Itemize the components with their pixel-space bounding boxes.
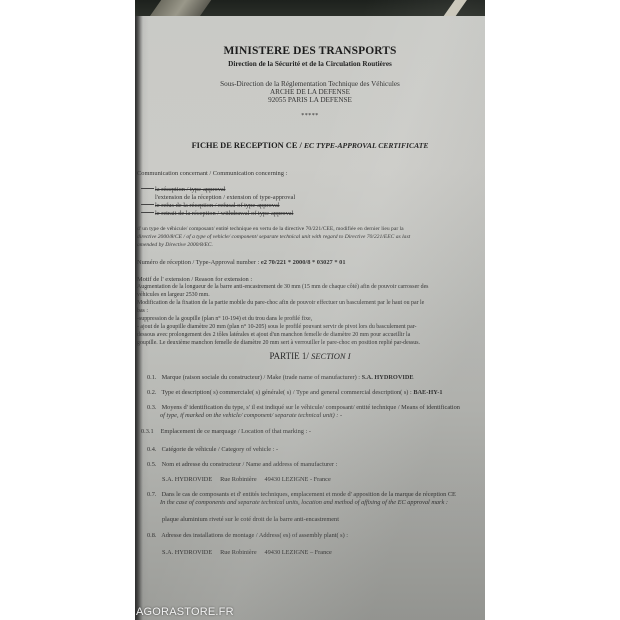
option-refusal: le refus de la réception / refusal of ty… — [141, 202, 280, 210]
item-0-5: 0.5. Nom et adresse du constructeur / Na… — [147, 461, 337, 469]
communication-label: Communication concernant / Communication… — [137, 170, 287, 178]
directive-text-1: d' un type de véhicule/ composant/ entit… — [137, 226, 404, 234]
section-title-en: SECTION I — [311, 351, 350, 361]
make-value: S.A. HYDROVIDE — [362, 374, 414, 381]
option-withdrawal: le retrait de la réception / withdrawal … — [141, 210, 293, 218]
certificate-title-fr: FICHE DE RECEPTION CE / — [192, 141, 304, 150]
extension-reason-8: goupille. Le deuxième manchon femelle de… — [137, 340, 420, 348]
option-type-approval: la réception / type-approval — [141, 186, 225, 194]
direction-subtitle: Direction de la Sécurité et de la Circul… — [135, 61, 485, 69]
extension-reason-7: dessous avec prolongement des 2 tôles la… — [137, 332, 410, 340]
approval-number: e2 70/221 * 2000/8 * 03027 * 01 — [261, 259, 346, 266]
extension-reason-6: - ajout de la goupille diamètre 20 mm (p… — [137, 324, 417, 332]
marking-location-value: plaque aluminium riveté sur le coté droi… — [162, 516, 339, 524]
certificate-title: FICHE DE RECEPTION CE / EC TYPE-APPROVAL… — [135, 142, 485, 150]
directive-text-3: amended by Directive 2000/8/EC. — [137, 242, 213, 250]
item-0-3-cont: of type, if marked on the vehicle/ compo… — [160, 412, 342, 420]
extension-reason-label: Motif de l' extension / Reason for exten… — [137, 276, 252, 284]
item-0-7-cont: In the case of components and separate t… — [160, 499, 448, 507]
item-0-3: 0.3. Moyens d' identification du type, s… — [147, 404, 460, 412]
approval-number-row: Numéro de réception / Type-Approval numb… — [137, 259, 346, 267]
extension-reason-1: Augmentation de la longueur de la barre … — [137, 284, 428, 292]
option-extension: l'extension de la réception / extension … — [141, 194, 295, 202]
document-photo: MINISTERE DES TRANSPORTS Direction de la… — [135, 0, 485, 620]
extension-reason-4: bas : — [137, 308, 148, 316]
assembly-plant-address: S.A. HYDROVIDE Rue Robinière 49430 LEZIG… — [162, 549, 332, 557]
item-0-4: 0.4. Catégorie de véhicule / Category of… — [147, 446, 278, 454]
certificate-title-en: EC TYPE-APPROVAL CERTIFICATE — [304, 141, 428, 150]
section-title: PARTIE 1/ SECTION I — [135, 353, 485, 361]
item-0-1: 0.1. Marque (raison sociale du construct… — [147, 374, 414, 382]
extension-reason-2: véhicules en largeur 2530 mm. — [137, 292, 210, 300]
extension-reason-3: Modification de la fixation de la partie… — [137, 300, 424, 308]
item-0-7: 0.7. Dans le cas de composants et d' ent… — [147, 491, 456, 499]
type-value: BAE-HY-1 — [413, 389, 442, 396]
section-title-fr: PARTIE 1/ — [269, 351, 311, 361]
approval-number-label: Numéro de réception / Type-Approval numb… — [137, 259, 259, 266]
watermark: AGORASTORE.FR — [136, 606, 234, 618]
item-0-8: 0.8. Adresse des installations de montag… — [147, 532, 348, 540]
directive-text-2: directive 2000/8/CE / of a type of vehic… — [137, 234, 410, 242]
extension-reason-5: -suppression de la goupille (plan n° 10-… — [137, 316, 312, 324]
separator: ***** — [135, 113, 485, 121]
item-0-2: 0.2. Type et description( s) commerciale… — [147, 389, 442, 397]
ministry-title: MINISTERE DES TRANSPORTS — [135, 48, 485, 56]
address-line-2: 92055 PARIS LA DEFENSE — [135, 97, 485, 105]
item-0-3-1: 0.3.1 Emplacement de ce marquage / Locat… — [141, 428, 311, 436]
manufacturer-address: S.A. HYDROVIDE Rue Robinière 49430 LEZIG… — [162, 476, 331, 484]
